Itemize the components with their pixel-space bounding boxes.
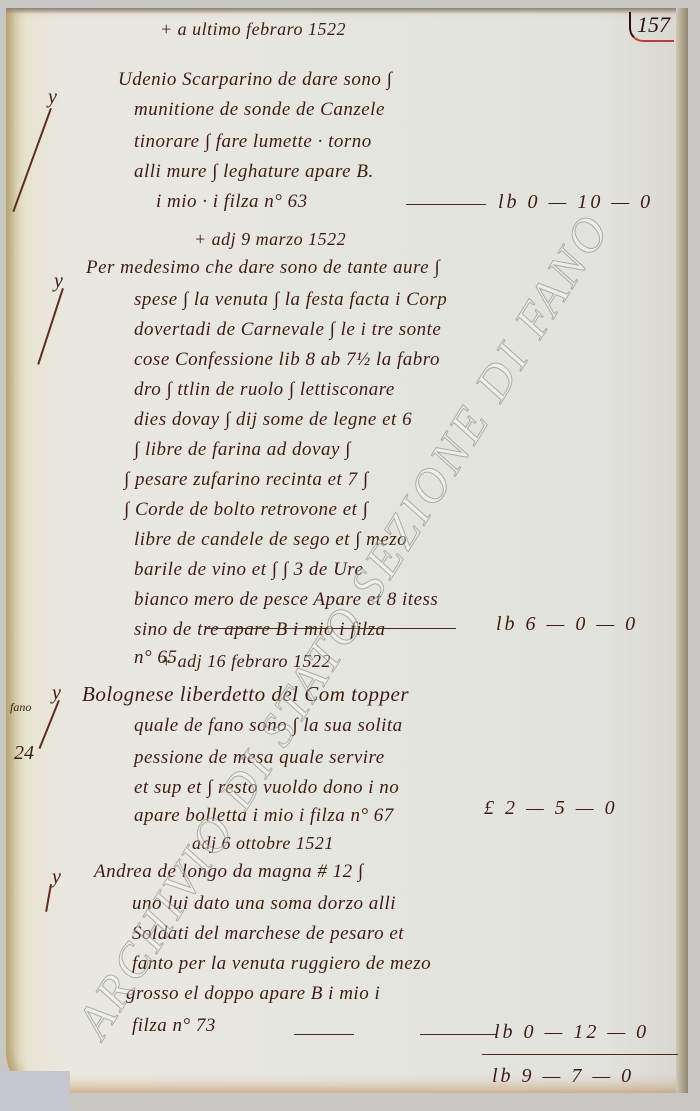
entry-4-line-5: grosso el doppo apare B i mio i — [126, 984, 380, 1003]
entry-2-line-13: sino de tre apare B i mio i filza — [134, 620, 386, 639]
entry-3-line-4: et sup et ∫ resto vuoldo dono i no — [134, 778, 399, 797]
entry-3-margin-stroke — [39, 700, 60, 749]
entry-1-margin-stroke — [12, 108, 51, 212]
page-top-shadow — [6, 8, 688, 14]
entry-2-amount: lb 6 — 0 — 0 — [496, 614, 638, 634]
entry-4-heading: adj 6 ottobre 1521 — [192, 834, 334, 852]
background-corner — [0, 1071, 70, 1111]
top-heading: + a ultimo febraro 1522 — [160, 20, 346, 38]
entry-2-line-12: bianco mero de pesce Apare et 8 itess — [134, 590, 438, 609]
entry-3-line-5: apare bolletta i mio i filza n° 67 — [134, 806, 394, 825]
entry-1-rule — [406, 204, 486, 205]
entry-4-rule-b — [420, 1034, 496, 1035]
entry-4-line-4: fanto per la venuta ruggiero de mezo — [132, 954, 431, 973]
entry-4-rule-a — [294, 1034, 354, 1035]
entry-2-line-5: dro ∫ ttlin de ruolo ∫ lettisconare — [134, 380, 395, 399]
entry-2-line-2: spese ∫ la venuta ∫ la festa facta i Cor… — [134, 290, 447, 309]
entry-3-amount: £ 2 — 5 — 0 — [484, 798, 618, 818]
entry-4-line-3: Soldati del marchese de pesaro et — [132, 924, 404, 943]
entry-2-line-10: libre de candele de sego et ∫ mezo — [134, 530, 407, 549]
entry-4-amount: lb 0 — 12 — 0 — [494, 1022, 649, 1042]
entry-2-line-3: dovertadi de Carnevale ∫ le i tre sonte — [134, 320, 441, 339]
entry-4-line-2: uno lui dato una soma dorzo alli — [132, 894, 396, 913]
entry-3-line-1: Bolognese liberdetto del Com topper — [82, 684, 409, 705]
entry-1-marker: y — [48, 86, 57, 109]
entry-1-line-1: Udenio Scarparino de dare sono ∫ — [118, 70, 392, 89]
entry-1-amount: lb 0 — 10 — 0 — [498, 192, 653, 212]
entry-3-heading: + adj 16 febraro 1522 — [160, 652, 331, 670]
entry-4-marker: y — [52, 866, 61, 889]
entry-1-line-2: munitione de sonde de Canzele — [134, 100, 385, 119]
entry-1-line-4: alli mure ∫ leghature apare B. — [134, 162, 374, 181]
entry-3-line-3: pessione de mesa quale servire — [134, 748, 385, 767]
page-binding-edge — [676, 8, 688, 1093]
entry-1-line-5: i mio · i filza n° 63 — [156, 192, 308, 211]
entry-2-rule — [206, 628, 456, 629]
entry-2-line-9: ∫ Corde de bolto retrovone et ∫ — [124, 500, 368, 519]
entry-3-line-2: quale de fano sono ∫ la sua solita — [134, 716, 403, 735]
margin-note-number: 24 — [14, 742, 34, 765]
manuscript-page: 157 + a ultimo febraro 1522 y Udenio Sca… — [6, 8, 688, 1093]
total-rule — [482, 1054, 678, 1055]
entry-2-line-1: Per medesimo che dare sono de tante aure… — [86, 258, 440, 277]
page-total: lb 9 — 7 — 0 — [492, 1066, 634, 1086]
entry-4-margin-stroke — [45, 884, 51, 912]
page-number: 157 — [629, 12, 674, 42]
entry-2-line-7: ∫ libre de farina ad dovay ∫ — [134, 440, 351, 459]
entry-2-margin-stroke — [37, 288, 63, 365]
entry-4-line-1: Andrea de longo da magna # 12 ∫ — [94, 862, 364, 881]
entry-2-line-8: ∫ pesare zufarino recinta et 7 ∫ — [124, 470, 369, 489]
entry-1-line-3: tinorare ∫ fare lumette · torno — [134, 132, 372, 151]
entry-2-line-4: cose Confessione lib 8 ab 7½ la fabro — [134, 350, 440, 369]
entry-2-line-11: barile de vino et ∫ ∫ 3 de Ure — [134, 560, 363, 579]
margin-note-place: fano — [10, 700, 31, 715]
entry-2-line-6: dies dovay ∫ dij some de legne et 6 — [134, 410, 412, 429]
entry-4-line-6: filza n° 73 — [132, 1016, 216, 1035]
entry-2-heading: + adj 9 marzo 1522 — [194, 230, 346, 248]
